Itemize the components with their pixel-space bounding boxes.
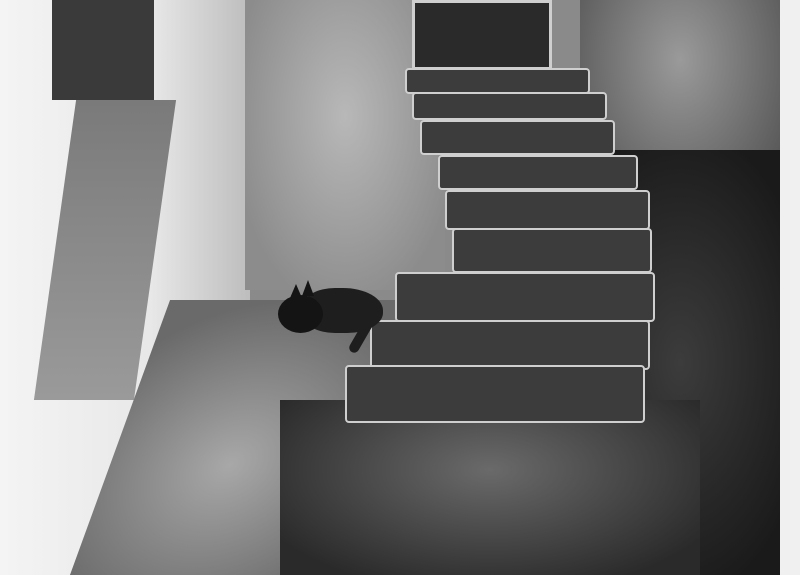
stone-step — [420, 120, 615, 155]
stone-step — [395, 272, 655, 322]
cat — [278, 280, 383, 350]
grass — [280, 400, 700, 575]
photograph — [0, 0, 800, 575]
stone-step — [345, 365, 645, 423]
dark-window-opening — [52, 0, 154, 100]
stone-step — [405, 68, 590, 94]
cat-ear — [302, 280, 314, 296]
doorway — [412, 0, 552, 70]
stone-step — [452, 228, 652, 273]
stone-step — [438, 155, 638, 190]
cat-head — [278, 295, 323, 333]
image-border — [780, 0, 800, 575]
stone-step — [412, 92, 607, 120]
stone-step — [445, 190, 650, 230]
cat-ear — [290, 284, 302, 298]
stone-step — [370, 320, 650, 370]
